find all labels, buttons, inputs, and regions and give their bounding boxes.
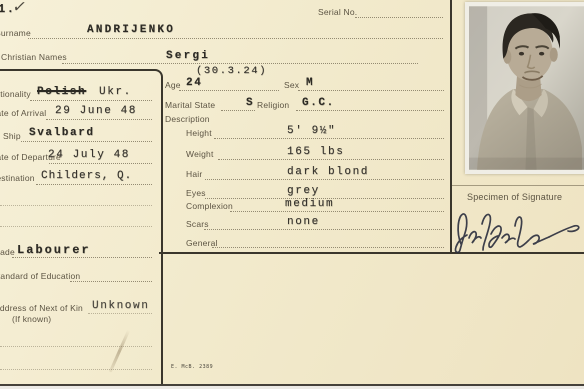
standard-of-education-label: Standard of Education xyxy=(0,271,80,281)
scan-edge xyxy=(0,384,584,389)
photo-section-line xyxy=(452,185,584,186)
blank-line xyxy=(0,205,152,206)
age-value: 24 xyxy=(186,77,202,89)
height-value: 5' 9½" xyxy=(287,125,336,137)
ship-value: Svalbard xyxy=(29,127,95,139)
next-of-kin-line xyxy=(88,313,152,314)
serial-no-label: Serial No. xyxy=(318,7,357,17)
portrait-photo xyxy=(465,2,584,174)
marital-state-line xyxy=(221,110,255,111)
next-of-kin-hint: (If known) xyxy=(12,314,51,324)
nationality-line xyxy=(30,100,152,101)
nationality-struck-value: Polish xyxy=(37,86,86,98)
surname-line xyxy=(28,38,443,39)
signature xyxy=(449,204,583,254)
eyes-value: grey xyxy=(287,185,320,197)
complexion-line xyxy=(230,211,444,212)
height-label: Height xyxy=(186,128,212,138)
age-line xyxy=(179,90,279,91)
destination-label: Destination xyxy=(0,173,35,183)
destination-line xyxy=(36,184,152,185)
description-heading: Description xyxy=(165,114,210,124)
complexion-label: Complexion xyxy=(186,201,233,211)
hair-label: Hair xyxy=(186,169,202,179)
handwritten-checkmark: ✓ xyxy=(11,0,28,16)
date-of-departure-value: 24 July 48 xyxy=(48,149,130,161)
surname-label: Surname xyxy=(0,28,31,38)
portrait-photo-image xyxy=(469,6,584,170)
complexion-value: medium xyxy=(285,198,334,210)
hair-line xyxy=(205,179,444,180)
scars-value: none xyxy=(287,216,320,228)
nationality-label: Nationality xyxy=(0,89,31,99)
ship-line xyxy=(21,141,152,142)
scars-line xyxy=(204,229,444,230)
destination-value: Childers, Q. xyxy=(41,170,132,182)
sex-label: Sex xyxy=(284,80,299,90)
ship-label: Ship xyxy=(3,131,21,141)
date-of-arrival-line xyxy=(46,119,152,120)
nationality-value: Ukr. xyxy=(99,86,132,98)
scars-label: Scars xyxy=(186,219,209,229)
trade-line xyxy=(12,257,152,258)
weight-value: 165 lbs xyxy=(287,146,344,158)
age-label: Age xyxy=(165,80,181,90)
trade-label: Trade xyxy=(0,247,15,257)
next-of-kin-label: Address of Next of Kin xyxy=(0,303,83,313)
blank-line xyxy=(0,346,152,347)
eyes-label: Eyes xyxy=(186,188,206,198)
height-line xyxy=(214,138,444,139)
weight-label: Weight xyxy=(186,149,214,159)
sex-value: M xyxy=(306,77,314,89)
specimen-of-signature-label: Specimen of Signature xyxy=(467,192,562,202)
next-of-kin-value: Unknown xyxy=(92,300,149,312)
serial-no-line xyxy=(355,17,443,18)
christian-names-line xyxy=(62,63,418,64)
blank-line xyxy=(0,369,152,370)
hair-value: dark blond xyxy=(287,166,369,178)
surname-value: ANDRIJENKO xyxy=(87,24,175,36)
religion-label: Religion xyxy=(257,100,289,110)
standard-of-education-line xyxy=(70,281,152,282)
date-of-arrival-label: Date of Arrival xyxy=(0,108,46,118)
christian-names-label: Christian Names xyxy=(1,52,67,62)
birth-date-note: (30.3.24) xyxy=(196,65,267,77)
religion-value: G.C. xyxy=(302,97,335,109)
date-of-departure-line xyxy=(49,163,152,164)
date-of-arrival-value: 29 June 48 xyxy=(55,105,137,117)
marital-state-label: Marital State xyxy=(165,100,215,110)
general-line xyxy=(212,247,444,248)
immigration-card: 1. ✓ Serial No. Surname ANDRIJENKO Chris… xyxy=(0,0,584,385)
christian-names-value: Sergi xyxy=(166,50,210,62)
marital-state-value: S xyxy=(246,97,254,109)
form-print-code: E. McB. 2389 xyxy=(171,364,213,370)
religion-line xyxy=(296,110,444,111)
weight-line xyxy=(218,159,444,160)
blank-line xyxy=(0,226,152,227)
scanned-immigration-card: 1. ✓ Serial No. Surname ANDRIJENKO Chris… xyxy=(0,0,584,389)
trade-value: Labourer xyxy=(17,243,91,257)
sex-line xyxy=(298,90,444,91)
